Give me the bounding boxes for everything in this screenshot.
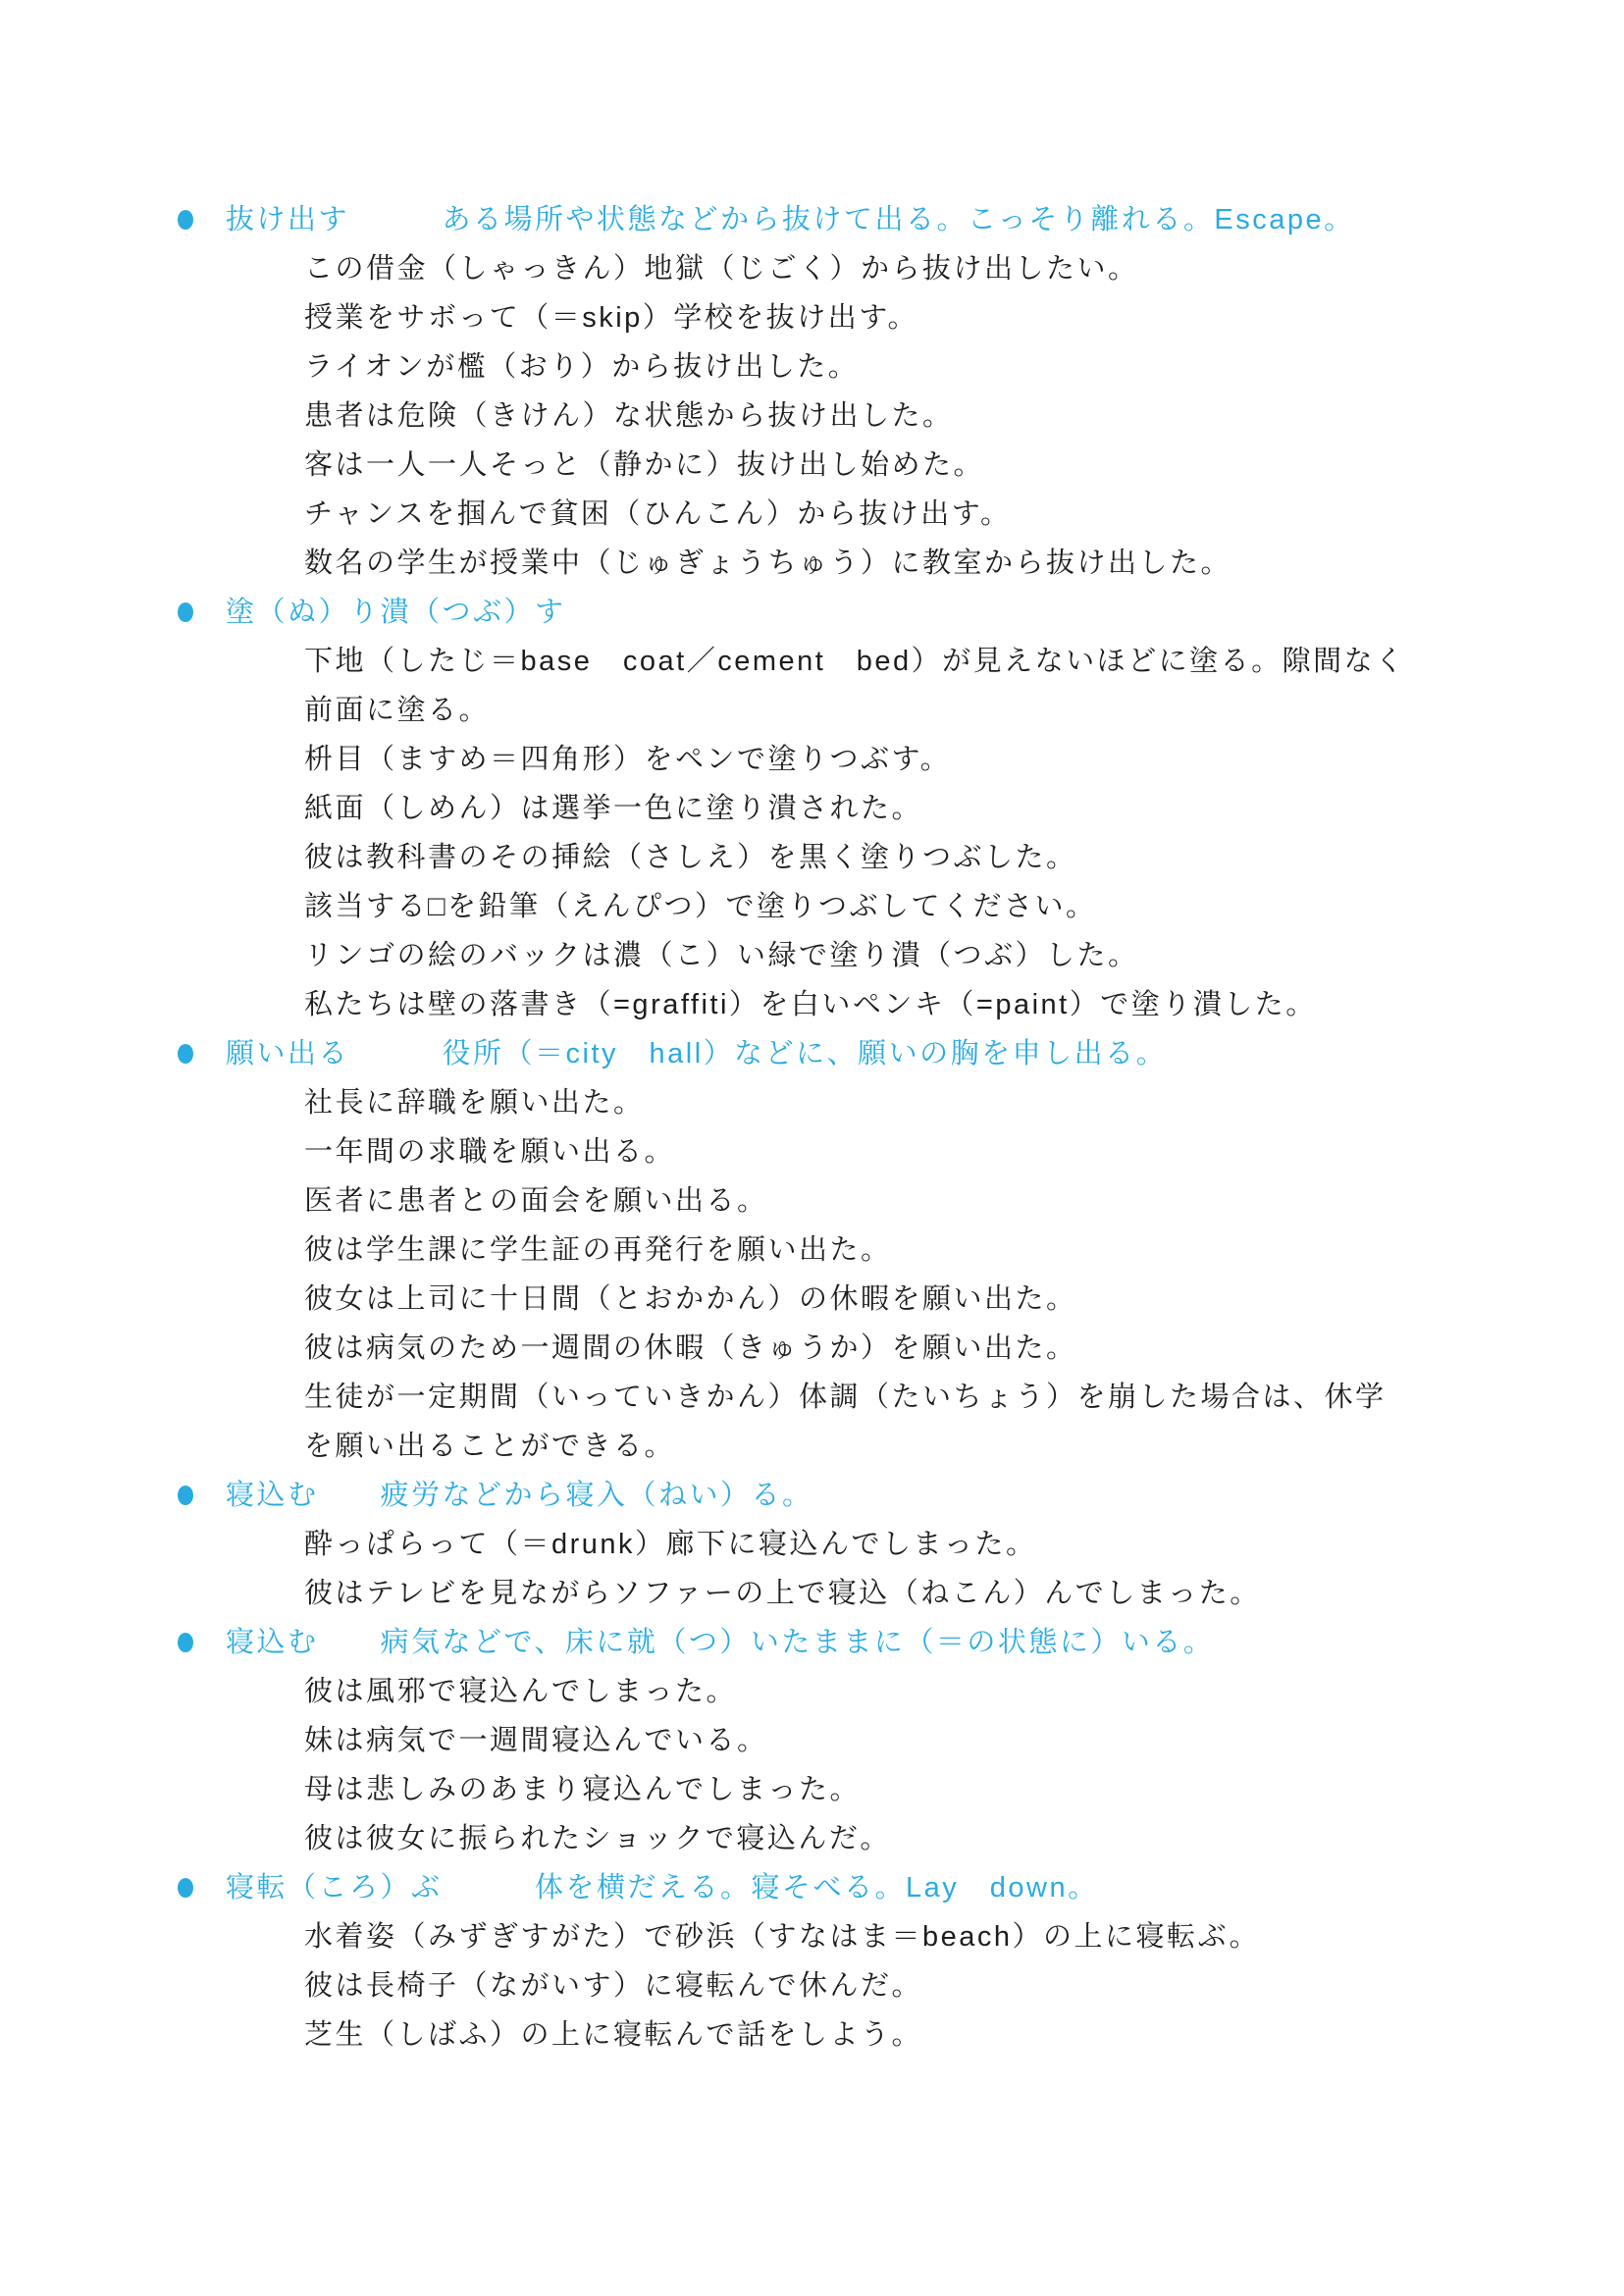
- example-sentence-line: 生徒が一定期間（いっていきかん）体調（たいちょう）を崩した場合は、休学: [0, 1373, 1624, 1422]
- example-sentence-line: 医者に患者との面会を願い出る。: [0, 1176, 1624, 1226]
- entries: 抜け出す ある場所や状態などから抜けて出る。こっそり離れる。Escape。この借…: [0, 195, 1624, 2060]
- example-sentence-line: ライオンが檻（おり）から抜け出した。: [0, 342, 1624, 391]
- entry-term: 寝転（ころ）ぶ: [226, 1872, 443, 1904]
- example-sentence-line: 彼は学生課に学生証の再発行を願い出た。: [0, 1226, 1624, 1275]
- vocab-entry: 寝込む 疲労などから寝入（ねい）る。酔っぱらって（＝drunk）廊下に寝込んでし…: [0, 1471, 1624, 1618]
- example-sentence-line: 客は一人一人そっと（静かに）抜け出し始めた。: [0, 441, 1624, 490]
- example-sentence-line: 前面に塗る。: [0, 686, 1624, 735]
- example-sentence-line: 彼は病気のため一週間の休暇（きゅうか）を願い出た。: [0, 1324, 1624, 1373]
- bullet-icon: [178, 1044, 193, 1064]
- example-sentence-line: この借金（しゃっきん）地獄（じごく）から抜け出したい。: [0, 244, 1624, 293]
- entry-head-line: 寝込む 病気などで、床に就（つ）いたままに（＝の状態に）いる。: [0, 1618, 1624, 1667]
- vocab-entry: 願い出る 役所（＝city hall）などに、願いの胸を申し出る。社長に辞職を願…: [0, 1029, 1624, 1471]
- entry-term: 抜け出す: [226, 204, 349, 235]
- bullet-icon: [178, 1486, 193, 1505]
- bullet-icon: [178, 210, 193, 230]
- bullet-icon: [178, 602, 193, 622]
- example-sentence-line: 彼は教科書のその挿絵（さしえ）を黒く塗りつぶした。: [0, 833, 1624, 882]
- entry-term: 塗（ぬ）り潰（つぶ）す: [226, 597, 566, 628]
- document-page: 抜け出す ある場所や状態などから抜けて出る。こっそり離れる。Escape。この借…: [0, 0, 1624, 2296]
- vocab-entry: 寝込む 病気などで、床に就（つ）いたままに（＝の状態に）いる。彼は風邪で寝込んで…: [0, 1618, 1624, 1863]
- example-sentence-line: 授業をサボって（＝skip）学校を抜け出す。: [0, 293, 1624, 342]
- vocab-entry: 塗（ぬ）り潰（つぶ）す下地（したじ＝base coat／cement bed）が…: [0, 588, 1624, 1029]
- entry-term: 寝込む: [226, 1627, 319, 1658]
- entry-head-line: 願い出る 役所（＝city hall）などに、願いの胸を申し出る。: [0, 1029, 1624, 1078]
- example-sentence-line: 彼は彼女に振られたショックで寝込んだ。: [0, 1814, 1624, 1863]
- entry-definition: 役所（＝city hall）などに、願いの胸を申し出る。: [349, 1038, 1167, 1070]
- entry-head-line: 塗（ぬ）り潰（つぶ）す: [0, 588, 1624, 637]
- example-sentence-line: リンゴの絵のバックは濃（こ）い緑で塗り潰（つぶ）した。: [0, 931, 1624, 980]
- example-sentence-line: 社長に辞職を願い出た。: [0, 1078, 1624, 1127]
- example-sentence-line: 該当する□を鉛筆（えんぴつ）で塗りつぶしてください。: [0, 882, 1624, 931]
- entry-head-line: 抜け出す ある場所や状態などから抜けて出る。こっそり離れる。Escape。: [0, 195, 1624, 244]
- example-sentence-line: 一年間の求職を願い出る。: [0, 1127, 1624, 1176]
- example-sentence-line: 母は悲しみのあまり寝込んでしまった。: [0, 1765, 1624, 1814]
- entry-term: 寝込む: [226, 1480, 319, 1511]
- example-sentence-line: 数名の学生が授業中（じゅぎょうちゅう）に教室から抜け出した。: [0, 539, 1624, 588]
- example-sentence-line: 枡目（ますめ＝四角形）をペンで塗りつぶす。: [0, 735, 1624, 784]
- example-sentence-line: 妹は病気で一週間寝込んでいる。: [0, 1716, 1624, 1765]
- example-sentence-line: 酔っぱらって（＝drunk）廊下に寝込んでしまった。: [0, 1520, 1624, 1569]
- example-sentence-line: 彼は長椅子（ながいす）に寝転んで休んだ。: [0, 1961, 1624, 2010]
- vocab-entry: 抜け出す ある場所や状態などから抜けて出る。こっそり離れる。Escape。この借…: [0, 195, 1624, 588]
- entry-definition: 疲労などから寝入（ねい）る。: [319, 1480, 813, 1511]
- example-sentence-line: 彼はテレビを見ながらソファーの上で寝込（ねこん）んでしまった。: [0, 1569, 1624, 1618]
- example-sentence-line: 芝生（しばふ）の上に寝転んで話をしよう。: [0, 2010, 1624, 2060]
- vocab-entry: 寝転（ころ）ぶ 体を横だえる。寝そべる。Lay down。水着姿（みずぎすがた）…: [0, 1863, 1624, 2060]
- entry-definition: ある場所や状態などから抜けて出る。こっそり離れる。Escape。: [349, 204, 1355, 235]
- entry-definition: 体を横だえる。寝そべる。Lay down。: [443, 1872, 1099, 1904]
- entry-term: 願い出る: [226, 1038, 349, 1070]
- example-sentence-line: 患者は危険（きけん）な状態から抜け出した。: [0, 391, 1624, 441]
- example-sentence-line: を願い出ることができる。: [0, 1422, 1624, 1471]
- entry-definition: 病気などで、床に就（つ）いたままに（＝の状態に）いる。: [319, 1627, 1215, 1658]
- bullet-icon: [178, 1633, 193, 1652]
- example-sentence-line: 下地（したじ＝base coat／cement bed）が見えないほどに塗る。隙…: [0, 637, 1624, 686]
- entry-head-line: 寝込む 疲労などから寝入（ねい）る。: [0, 1471, 1624, 1520]
- example-sentence-line: 紙面（しめん）は選挙一色に塗り潰された。: [0, 784, 1624, 833]
- example-sentence-line: チャンスを掴んで貧困（ひんこん）から抜け出す。: [0, 490, 1624, 539]
- example-sentence-line: 彼女は上司に十日間（とおかかん）の休暇を願い出た。: [0, 1275, 1624, 1324]
- example-sentence-line: 彼は風邪で寝込んでしまった。: [0, 1667, 1624, 1716]
- example-sentence-line: 私たちは壁の落書き（=graffiti）を白いペンキ（=paint）で塗り潰した…: [0, 980, 1624, 1029]
- example-sentence-line: 水着姿（みずぎすがた）で砂浜（すなはま＝beach）の上に寝転ぶ。: [0, 1912, 1624, 1961]
- entry-head-line: 寝転（ころ）ぶ 体を横だえる。寝そべる。Lay down。: [0, 1863, 1624, 1912]
- bullet-icon: [178, 1878, 193, 1898]
